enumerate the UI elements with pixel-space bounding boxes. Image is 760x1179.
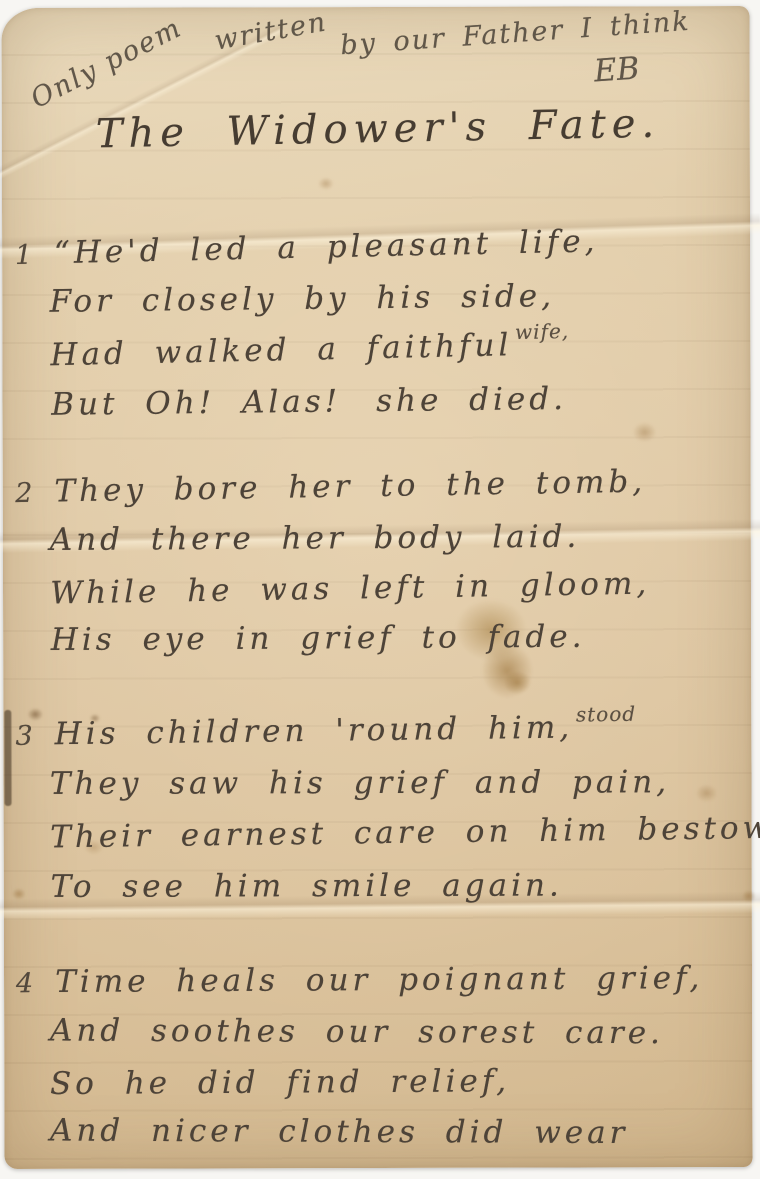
- poem-line-text: “He'd led a pleasant life,: [54, 223, 599, 271]
- stanza-number: 4: [16, 959, 37, 1009]
- poem-line: And there her body laid.: [12, 511, 756, 566]
- inserted-word: stood: [576, 702, 636, 727]
- poem-line: His eye in grief to fade.: [13, 611, 757, 666]
- poem-line: 3His children 'round him,stood: [11, 700, 756, 763]
- stain: [318, 177, 334, 190]
- poem-line-text: They saw his grief and pain,: [50, 764, 670, 802]
- poem-line-text: While he was left in gloom,: [50, 566, 650, 612]
- stain: [633, 422, 657, 442]
- stanza-number: 1: [14, 231, 36, 281]
- poem-line-text: And nicer clothes did wear: [50, 1113, 629, 1152]
- poem-line: So he did find relief,: [12, 1055, 756, 1110]
- poem-line: To see him smile again.: [12, 860, 756, 912]
- poem-line-text: For closely by his side,: [49, 278, 555, 320]
- stanza: 3His children 'round him,stood They saw …: [11, 702, 756, 913]
- inserted-word: wife,: [515, 319, 570, 344]
- poem-line: And soothes our sorest care.: [12, 1005, 756, 1058]
- poem-line: And nicer clothes did wear: [12, 1105, 756, 1158]
- poem-line-text: But Oh! Alas! she died.: [51, 381, 567, 423]
- poem-line-text: So he did find relief,: [50, 1063, 510, 1102]
- poem-line-text: And soothes our sorest care.: [50, 1013, 664, 1052]
- scan-background: Only poem written by our Father I think …: [0, 0, 760, 1179]
- poem-line-text: They bore her to the tomb,: [54, 464, 646, 510]
- stanza: 1“He'd led a pleasant life, For closely …: [10, 215, 757, 432]
- poem-line-text: Had walked a faithful: [50, 327, 513, 373]
- poem-line-text: Time heals our poignant grief,: [55, 960, 703, 1000]
- poem-line: Their earnest care on him bestowed: [12, 803, 757, 866]
- poem-line-text: His children 'round him,: [54, 710, 573, 753]
- poem-line-text: His eye in grief to fade.: [51, 619, 586, 658]
- stanza-number: 3: [15, 712, 37, 762]
- poem-line-text: And there her body laid.: [50, 519, 581, 558]
- annotation-initials: EB: [593, 50, 641, 89]
- poem-line-text: Their earnest care on him bestow: [50, 810, 760, 855]
- stain: [503, 671, 531, 695]
- stanza-number: 2: [15, 469, 37, 519]
- stanza: 4Time heals our poignant grief, And soot…: [12, 955, 756, 1157]
- poem-line: They saw his grief and pain,: [12, 757, 756, 809]
- poem-line: But Oh! Alas! she died.: [13, 372, 758, 430]
- poem-line: 2They bore her to the tomb,: [11, 455, 756, 519]
- poem-line: While he was left in gloom,: [12, 557, 757, 619]
- poem-line: 4Time heals our poignant grief,: [12, 953, 756, 1010]
- stanza: 2They bore her to the tomb, And there he…: [11, 457, 757, 667]
- poem-line-text: To see him smile again.: [50, 868, 562, 905]
